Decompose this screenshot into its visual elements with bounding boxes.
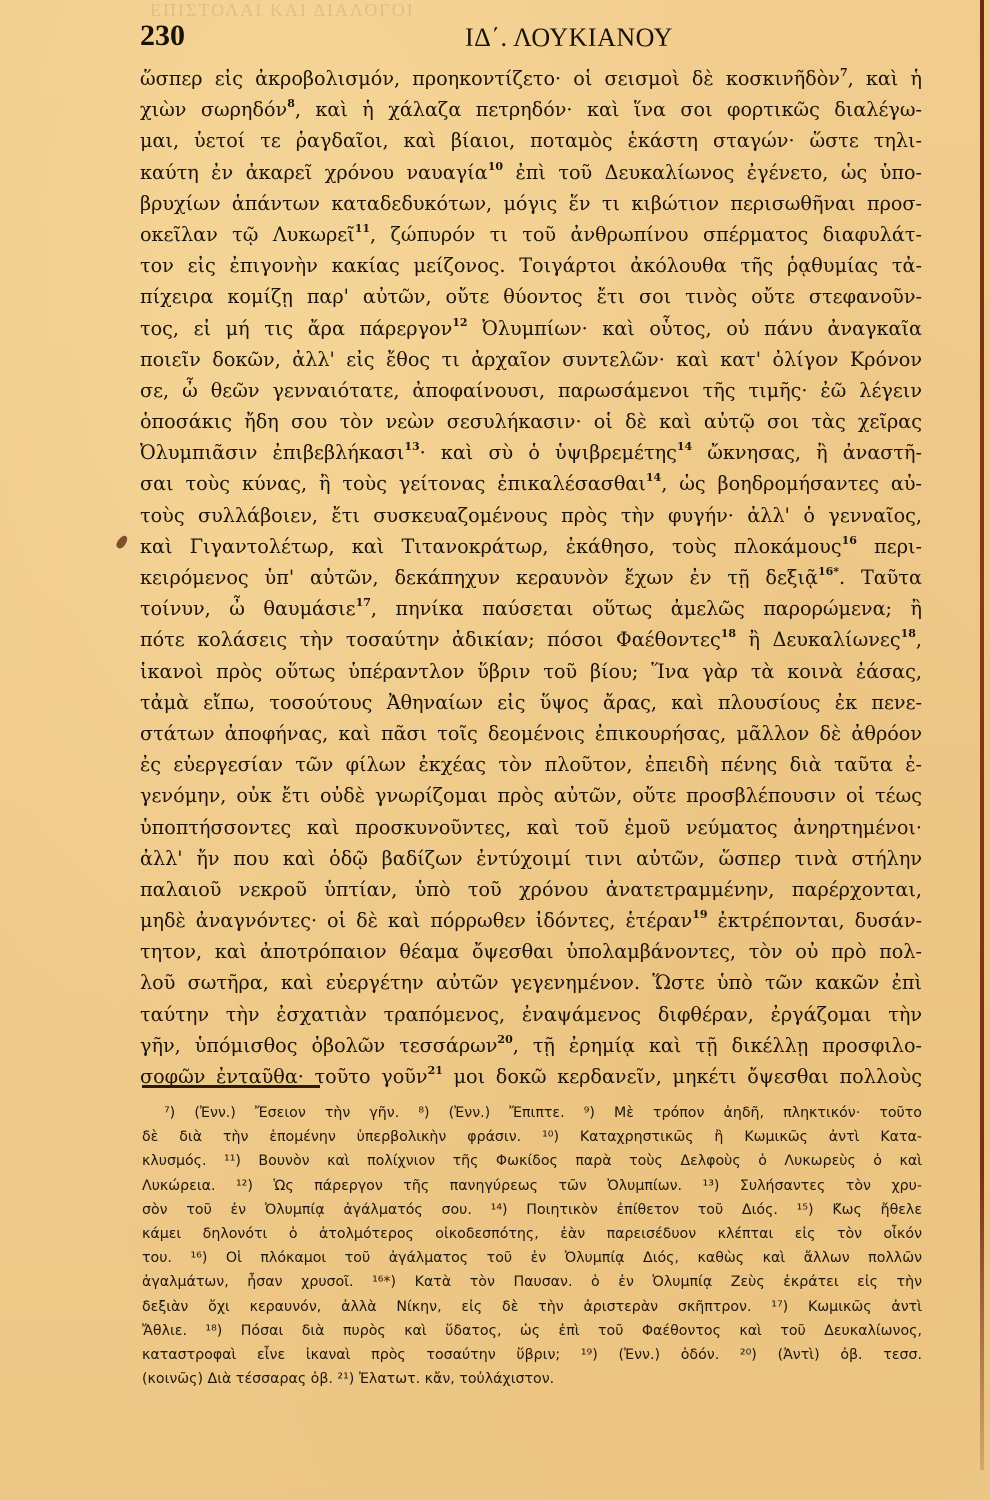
footnote-line: Ἄθλιε. ¹⁸) Πόσαι διὰ πυρὸς καὶ ὕδατος, ὡ… xyxy=(142,1319,922,1343)
text-line: ἀλλ' ἤν που καὶ ὁδῷ βαδίζων ἐντύχοιμί τι… xyxy=(140,843,922,874)
text-line: γενόμην, οὐκ ἔτι οὐδὲ γνωρίζομαι πρὸς αὐ… xyxy=(140,780,922,811)
page-number: 230 xyxy=(140,18,185,54)
footnote-line: κλυσμός. ¹¹) Βουνὸν καὶ πολίχνιον τῆς Φω… xyxy=(142,1149,922,1173)
text-line: τον εἰς ἐπιγονὴν κακίας μείζονος. Τοιγάρ… xyxy=(140,250,922,281)
footnotes: ⁷) (Ἐνν.) Ἔσειον τὴν γῆν. ⁸) (Ἐνν.) Ἔπιπ… xyxy=(164,1101,922,1391)
text-line: καὶ Γιγαντολέτωρ, καὶ Τιτανοκράτωρ, ἐκάθ… xyxy=(140,531,922,562)
text-line: τοίνυν, ὦ θαυμάσιε17, πηνίκα παύσεται οὕ… xyxy=(140,593,922,624)
footnote-line: ⁷) (Ἐνν.) Ἔσειον τὴν γῆν. ⁸) (Ἐνν.) Ἔπιπ… xyxy=(164,1101,922,1125)
text-line: κειρόμενος ὑπ' αὐτῶν, δεκάπηχυν κεραυνὸν… xyxy=(140,562,922,593)
text-line: τἀμὰ εἴπω, τοσούτους Ἀθηναίων εἰς ὕψος ἄ… xyxy=(140,687,922,718)
footnote-line: Λυκώρεια. ¹²) Ὡς πάρεργον τῆς πανηγύρεως… xyxy=(142,1174,922,1198)
main-text: ὥσπερ εἰς ἀκροβολισμόν, προηκοντίζετο· ο… xyxy=(140,63,922,1092)
bleed-through-header: ΕΠΙΣΤΟΛΑΙ ΚΑΙ ΔΙΑΛΟΓΟΙ xyxy=(150,0,770,16)
text-line: ὁποσάκις ἤδη σου τὸν νεὼν σεσυλήκασιν· ο… xyxy=(140,406,922,437)
text-line: χιὼν σωρηδόν8, καὶ ἡ χάλαζα πετρηδόν· κα… xyxy=(140,94,922,125)
text-line: ἐς εὐεργεσίαν τῶν φίλων ἐκχέας τὸν πλοῦτ… xyxy=(140,749,922,780)
text-line: Ὀλυμπιᾶσιν ἐπιβεβλήκασι13· καὶ σὺ ὁ ὑψιβ… xyxy=(140,437,922,468)
footnote-line: δεξιὰν ὄχι κεραυνόν, ἀλλὰ Νίκην, εἰς δὲ … xyxy=(142,1295,922,1319)
text-line: λοῦ σωτῆρα, καὶ εὐεργέτην αὐτῶν γεγενημέ… xyxy=(140,967,922,998)
text-line: σαι τοὺς κύνας, ἢ τοὺς γείτονας ἐπικαλέσ… xyxy=(140,468,922,499)
page-edge-border xyxy=(980,0,984,1470)
text-line: ταύτην τὴν ἐσχατιὰν τραπόμενος, ἐναψάμεν… xyxy=(140,999,922,1030)
text-line: ποιεῖν δοκῶν, ἀλλ' εἰς ἔθος τι ἀρχαῖον σ… xyxy=(140,344,922,375)
text-line: τος, εἰ μή τις ἄρα πάρεργον12 Ὀλυμπίων· … xyxy=(140,313,922,344)
scanned-book-page: ΕΠΙΣΤΟΛΑΙ ΚΑΙ ΔΙΑΛΟΓΟΙ 230 ΙΔ΄. ΛΟΥΚΙΑΝΟ… xyxy=(0,0,990,1500)
text-line: πότε κολάσεις τὴν τοσαύτην ἀδικίαν; πόσο… xyxy=(140,624,922,655)
footnote-line: καταστροφαὶ εἶνε ἱκαναὶ πρὸς τοσαύτην ὕβ… xyxy=(142,1343,922,1367)
text-line: τητον, καὶ ἀποτρόπαιον θέαμα ὄψεσθαι ὑπο… xyxy=(140,936,922,967)
text-line: τοὺς συλλάβοιεν, ἔτι συσκευαζομένους πρὸ… xyxy=(140,500,922,531)
footnote-line: δὲ διὰ τὴν ἑπομένην ὑπερβολικὴν φράσιν. … xyxy=(142,1125,922,1149)
footnote-line: ἀγαλμάτων, ἦσαν χρυσοῖ. ¹⁶*) Κατὰ τὸν Πα… xyxy=(142,1270,922,1294)
footnote-line: (κοινῶς) Διὰ τέσσαρας ὀβ. ²¹) Ἐλατωτ. κἄ… xyxy=(142,1367,922,1391)
text-line: μαι, ὑετοί τε ῥαγδαῖοι, καὶ βίαιοι, ποτα… xyxy=(140,125,922,156)
text-line: στάτων ἀποφήνας, καὶ πᾶσι τοῖς δεομένοις… xyxy=(140,718,922,749)
text-line: καύτη ἐν ἀκαρεῖ χρόνου ναυαγία10 ἐπὶ τοῦ… xyxy=(140,157,922,188)
text-line: ἱκανοὶ πρὸς οὕτως ὑπέραντλον ὕβριν τοῦ β… xyxy=(140,656,922,687)
footnote-line: του. ¹⁶) Οἱ πλόκαμοι τοῦ ἀγάλματος τοῦ ἐ… xyxy=(142,1246,922,1270)
text-line: μηδὲ ἀναγνόντες· οἱ δὲ καὶ πόρρωθεν ἰδόν… xyxy=(140,905,922,936)
text-line: γῆν, ὑπόμισθος ὀβολῶν τεσσάρων20, τῇ ἐρη… xyxy=(140,1030,922,1061)
footnote-line: σὸν τοῦ ἐν Ὀλυμπίᾳ ἀγάλματός σου. ¹⁴) Πο… xyxy=(142,1198,922,1222)
text-line: πίχειρα κομίζῃ παρ' αὐτῶν, οὔτε θύοντος … xyxy=(140,281,922,312)
text-line: ὥσπερ εἰς ἀκροβολισμόν, προηκοντίζετο· ο… xyxy=(140,63,922,94)
text-line: ὑποπτήσσοντες καὶ προσκυνοῦντες, καὶ τοῦ… xyxy=(140,812,922,843)
ink-mark xyxy=(115,534,130,550)
text-line: σε, ὦ θεῶν γενναιότατε, ἀποφαίνουσι, παρ… xyxy=(140,375,922,406)
footnote-separator xyxy=(142,1085,320,1088)
footnote-line: κάμει δηλονότι ὁ ἀτολμότερος οἰκοδεσπότη… xyxy=(142,1222,922,1246)
text-line: οκεῖλαν τῷ Λυκωρεῖ11, ζώπυρόν τι τοῦ ἀνθ… xyxy=(140,219,922,250)
text-line: παλαιοῦ νεκροῦ ὑπτίαν, ὑπὸ τοῦ χρόνου ἀν… xyxy=(140,874,922,905)
running-head: 230 ΙΔ΄. ΛΟΥΚΙΑΝΟΥ xyxy=(140,18,920,54)
text-line: βρυχίων ἁπάντων καταδεδυκότων, μόγις ἕν … xyxy=(140,188,922,219)
running-title: ΙΔ΄. ΛΟΥΚΙΑΝΟΥ xyxy=(465,20,673,56)
